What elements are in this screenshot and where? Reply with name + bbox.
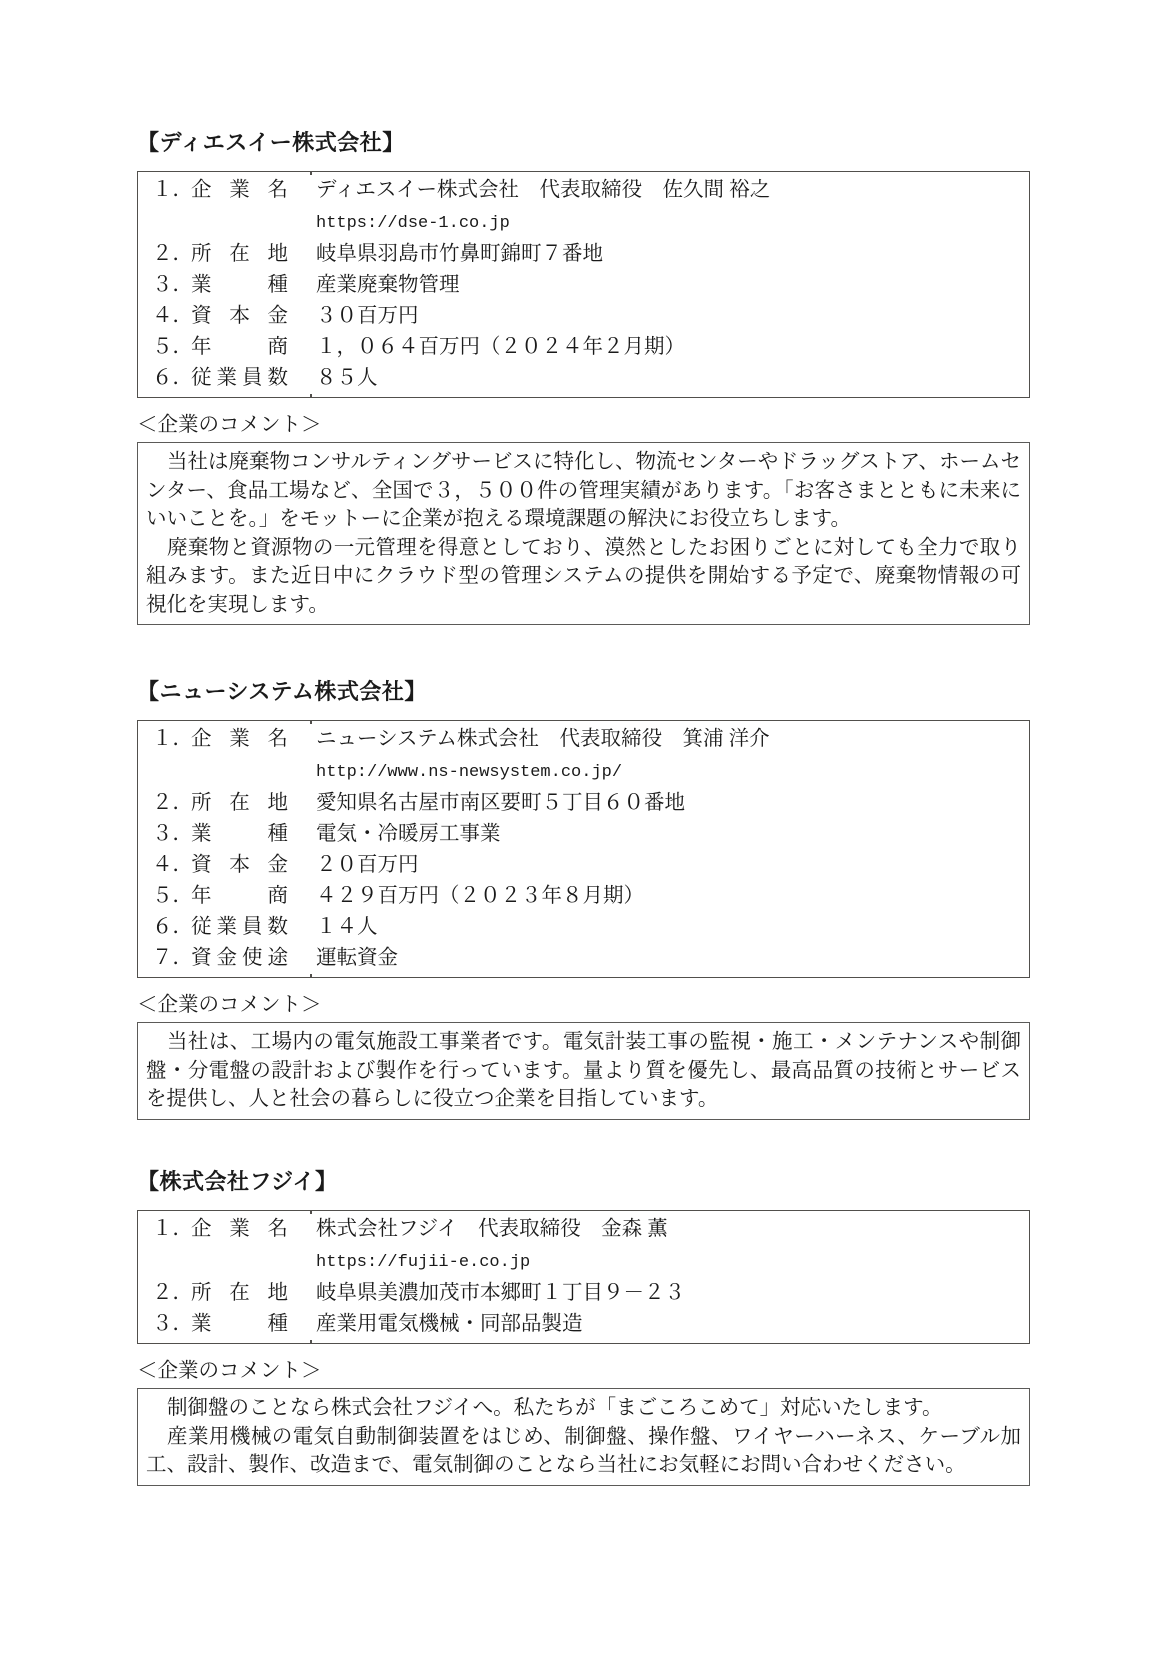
row-number: ３． [152, 819, 191, 850]
company-comment-box: 制御盤のことなら株式会社フジイへ。私たちが「まごころこめて」対応いたします。 産… [137, 1388, 1030, 1486]
row-number: ２． [152, 1278, 191, 1309]
row-label: 所在地 [191, 788, 288, 819]
industry-value: 産業廃棄物管理 [316, 270, 1029, 301]
comment-paragraph: 当社は廃棄物コンサルティングサービスに特化し、物流センターやドラッグストア、ホー… [146, 448, 1021, 534]
company-section-title: 【ニューシステム株式会社】 [137, 680, 1030, 704]
company-section-fujii: 【株式会社フジイ】 １． 企業名 株式会社フジイ 代表取締役 金森 薫 http… [137, 1170, 1030, 1486]
comment-heading: ＜企業のコメント＞ [137, 1358, 1030, 1384]
table-row: ２． 所在地 愛知県名古屋市南区要町５丁目６０番地 [138, 788, 1029, 819]
row-label: 企業名 [191, 1214, 288, 1245]
table-row: １． 企業名 ディエスイー株式会社 代表取締役 佐久間 裕之 [138, 175, 1029, 206]
row-number: ６． [152, 912, 191, 943]
table-row-url: https://fujii-e.co.jp [138, 1245, 1029, 1278]
table-row: ６． 従業員数 １４人 [138, 912, 1029, 943]
column-divider-tick [310, 171, 312, 175]
column-divider-tick [310, 1210, 312, 1214]
table-row: １． 企業名 ニューシステム株式会社 代表取締役 箕浦 洋介 [138, 724, 1029, 755]
company-section-dse: 【ディエスイー株式会社】 １． 企業名 ディエスイー株式会社 代表取締役 佐久間… [137, 131, 1030, 625]
row-number: ４． [152, 850, 191, 881]
table-row: ３． 業種 産業廃棄物管理 [138, 270, 1029, 301]
comment-paragraph: 制御盤のことなら株式会社フジイへ。私たちが「まごころこめて」対応いたします。 [146, 1394, 1021, 1423]
company-section-title: 【株式会社フジイ】 [137, 1170, 1030, 1194]
company-comment-box: 当社は、工場内の電気施設工事業者です。電気計装工事の監視・施工・メンテナンスや制… [137, 1022, 1030, 1120]
row-label: 企業名 [191, 175, 288, 206]
row-label: 年商 [191, 881, 288, 912]
company-section-newsystem: 【ニューシステム株式会社】 １． 企業名 ニューシステム株式会社 代表取締役 箕… [137, 680, 1030, 1120]
comment-paragraph: 当社は、工場内の電気施設工事業者です。電気計装工事の監視・施工・メンテナンスや制… [146, 1028, 1021, 1114]
company-name-value: ディエスイー株式会社 代表取締役 佐久間 裕之 [316, 175, 1029, 206]
table-row: ４． 資本金 ３０百万円 [138, 301, 1029, 332]
row-label: 業種 [191, 819, 288, 850]
company-name-value: ニューシステム株式会社 代表取締役 箕浦 洋介 [316, 724, 1029, 755]
row-label: 業種 [191, 270, 288, 301]
company-info-table: １． 企業名 ニューシステム株式会社 代表取締役 箕浦 洋介 http://ww… [137, 720, 1030, 978]
row-number: ７． [152, 943, 191, 974]
row-number: ２． [152, 788, 191, 819]
row-number: １． [152, 1214, 191, 1245]
column-divider-tick [310, 394, 312, 398]
company-info-table: １． 企業名 株式会社フジイ 代表取締役 金森 薫 https://fujii-… [137, 1210, 1030, 1344]
company-info-table: １． 企業名 ディエスイー株式会社 代表取締役 佐久間 裕之 https://d… [137, 171, 1030, 398]
table-row: １． 企業名 株式会社フジイ 代表取締役 金森 薫 [138, 1214, 1029, 1245]
fund-use-value: 運転資金 [316, 943, 1029, 974]
row-number: ６． [152, 363, 191, 394]
capital-value: ２０百万円 [316, 850, 1029, 881]
table-row: ６． 従業員数 ８５人 [138, 363, 1029, 394]
company-section-title: 【ディエスイー株式会社】 [137, 131, 1030, 155]
row-number: ２． [152, 239, 191, 270]
comment-heading: ＜企業のコメント＞ [137, 992, 1030, 1018]
table-row: ５． 年商 ４２９百万円（２０２３年８月期） [138, 881, 1029, 912]
row-label: 所在地 [191, 1278, 288, 1309]
row-label: 年商 [191, 332, 288, 363]
row-label: 資本金 [191, 850, 288, 881]
address-value: 岐阜県羽島市竹鼻町錦町７番地 [316, 239, 1029, 270]
row-number: ３． [152, 1309, 191, 1340]
comment-paragraph: 産業用機械の電気自動制御装置をはじめ、制御盤、操作盤、ワイヤーハーネス、ケーブル… [146, 1423, 1021, 1480]
document-page: 【ディエスイー株式会社】 １． 企業名 ディエスイー株式会社 代表取締役 佐久間… [0, 0, 1170, 1654]
table-row: ２． 所在地 岐阜県美濃加茂市本郷町１丁目９－２３ [138, 1278, 1029, 1309]
company-url-link[interactable]: https://dse-1.co.jp [316, 214, 510, 233]
row-label: 業種 [191, 1309, 288, 1340]
sales-value: １，０６４百万円（２０２４年２月期） [316, 332, 1029, 363]
table-row-url: http://www.ns-newsystem.co.jp/ [138, 755, 1029, 788]
row-label: 従業員数 [191, 363, 288, 394]
address-value: 岐阜県美濃加茂市本郷町１丁目９－２３ [316, 1278, 1029, 1309]
column-divider-tick [310, 974, 312, 978]
table-row: ３． 業種 電気・冷暖房工事業 [138, 819, 1029, 850]
row-number: ５． [152, 332, 191, 363]
industry-value: 産業用電気機械・同部品製造 [316, 1309, 1029, 1340]
company-url-link[interactable]: http://www.ns-newsystem.co.jp/ [316, 763, 622, 782]
company-comment-box: 当社は廃棄物コンサルティングサービスに特化し、物流センターやドラッグストア、ホー… [137, 442, 1030, 625]
sales-value: ４２９百万円（２０２３年８月期） [316, 881, 1029, 912]
comment-heading: ＜企業のコメント＞ [137, 412, 1030, 438]
table-row: ４． 資本金 ２０百万円 [138, 850, 1029, 881]
capital-value: ３０百万円 [316, 301, 1029, 332]
row-number: １． [152, 175, 191, 206]
table-row: ２． 所在地 岐阜県羽島市竹鼻町錦町７番地 [138, 239, 1029, 270]
employees-value: １４人 [316, 912, 1029, 943]
row-number: ４． [152, 301, 191, 332]
row-label: 資金使途 [191, 943, 288, 974]
row-number: ５． [152, 881, 191, 912]
employees-value: ８５人 [316, 363, 1029, 394]
company-name-value: 株式会社フジイ 代表取締役 金森 薫 [316, 1214, 1029, 1245]
row-label: 従業員数 [191, 912, 288, 943]
table-row: ５． 年商 １，０６４百万円（２０２４年２月期） [138, 332, 1029, 363]
column-divider-tick [310, 1340, 312, 1344]
table-row: ７． 資金使途 運転資金 [138, 943, 1029, 974]
column-divider-tick [310, 720, 312, 724]
comment-paragraph: 廃棄物と資源物の一元管理を得意としており、漠然としたお困りごとに対しても全力で取… [146, 534, 1021, 620]
industry-value: 電気・冷暖房工事業 [316, 819, 1029, 850]
row-label: 所在地 [191, 239, 288, 270]
table-row-url: https://dse-1.co.jp [138, 206, 1029, 239]
table-row: ３． 業種 産業用電気機械・同部品製造 [138, 1309, 1029, 1340]
company-url-link[interactable]: https://fujii-e.co.jp [316, 1253, 530, 1272]
row-label: 資本金 [191, 301, 288, 332]
address-value: 愛知県名古屋市南区要町５丁目６０番地 [316, 788, 1029, 819]
row-label: 企業名 [191, 724, 288, 755]
row-number: １． [152, 724, 191, 755]
row-number: ３． [152, 270, 191, 301]
